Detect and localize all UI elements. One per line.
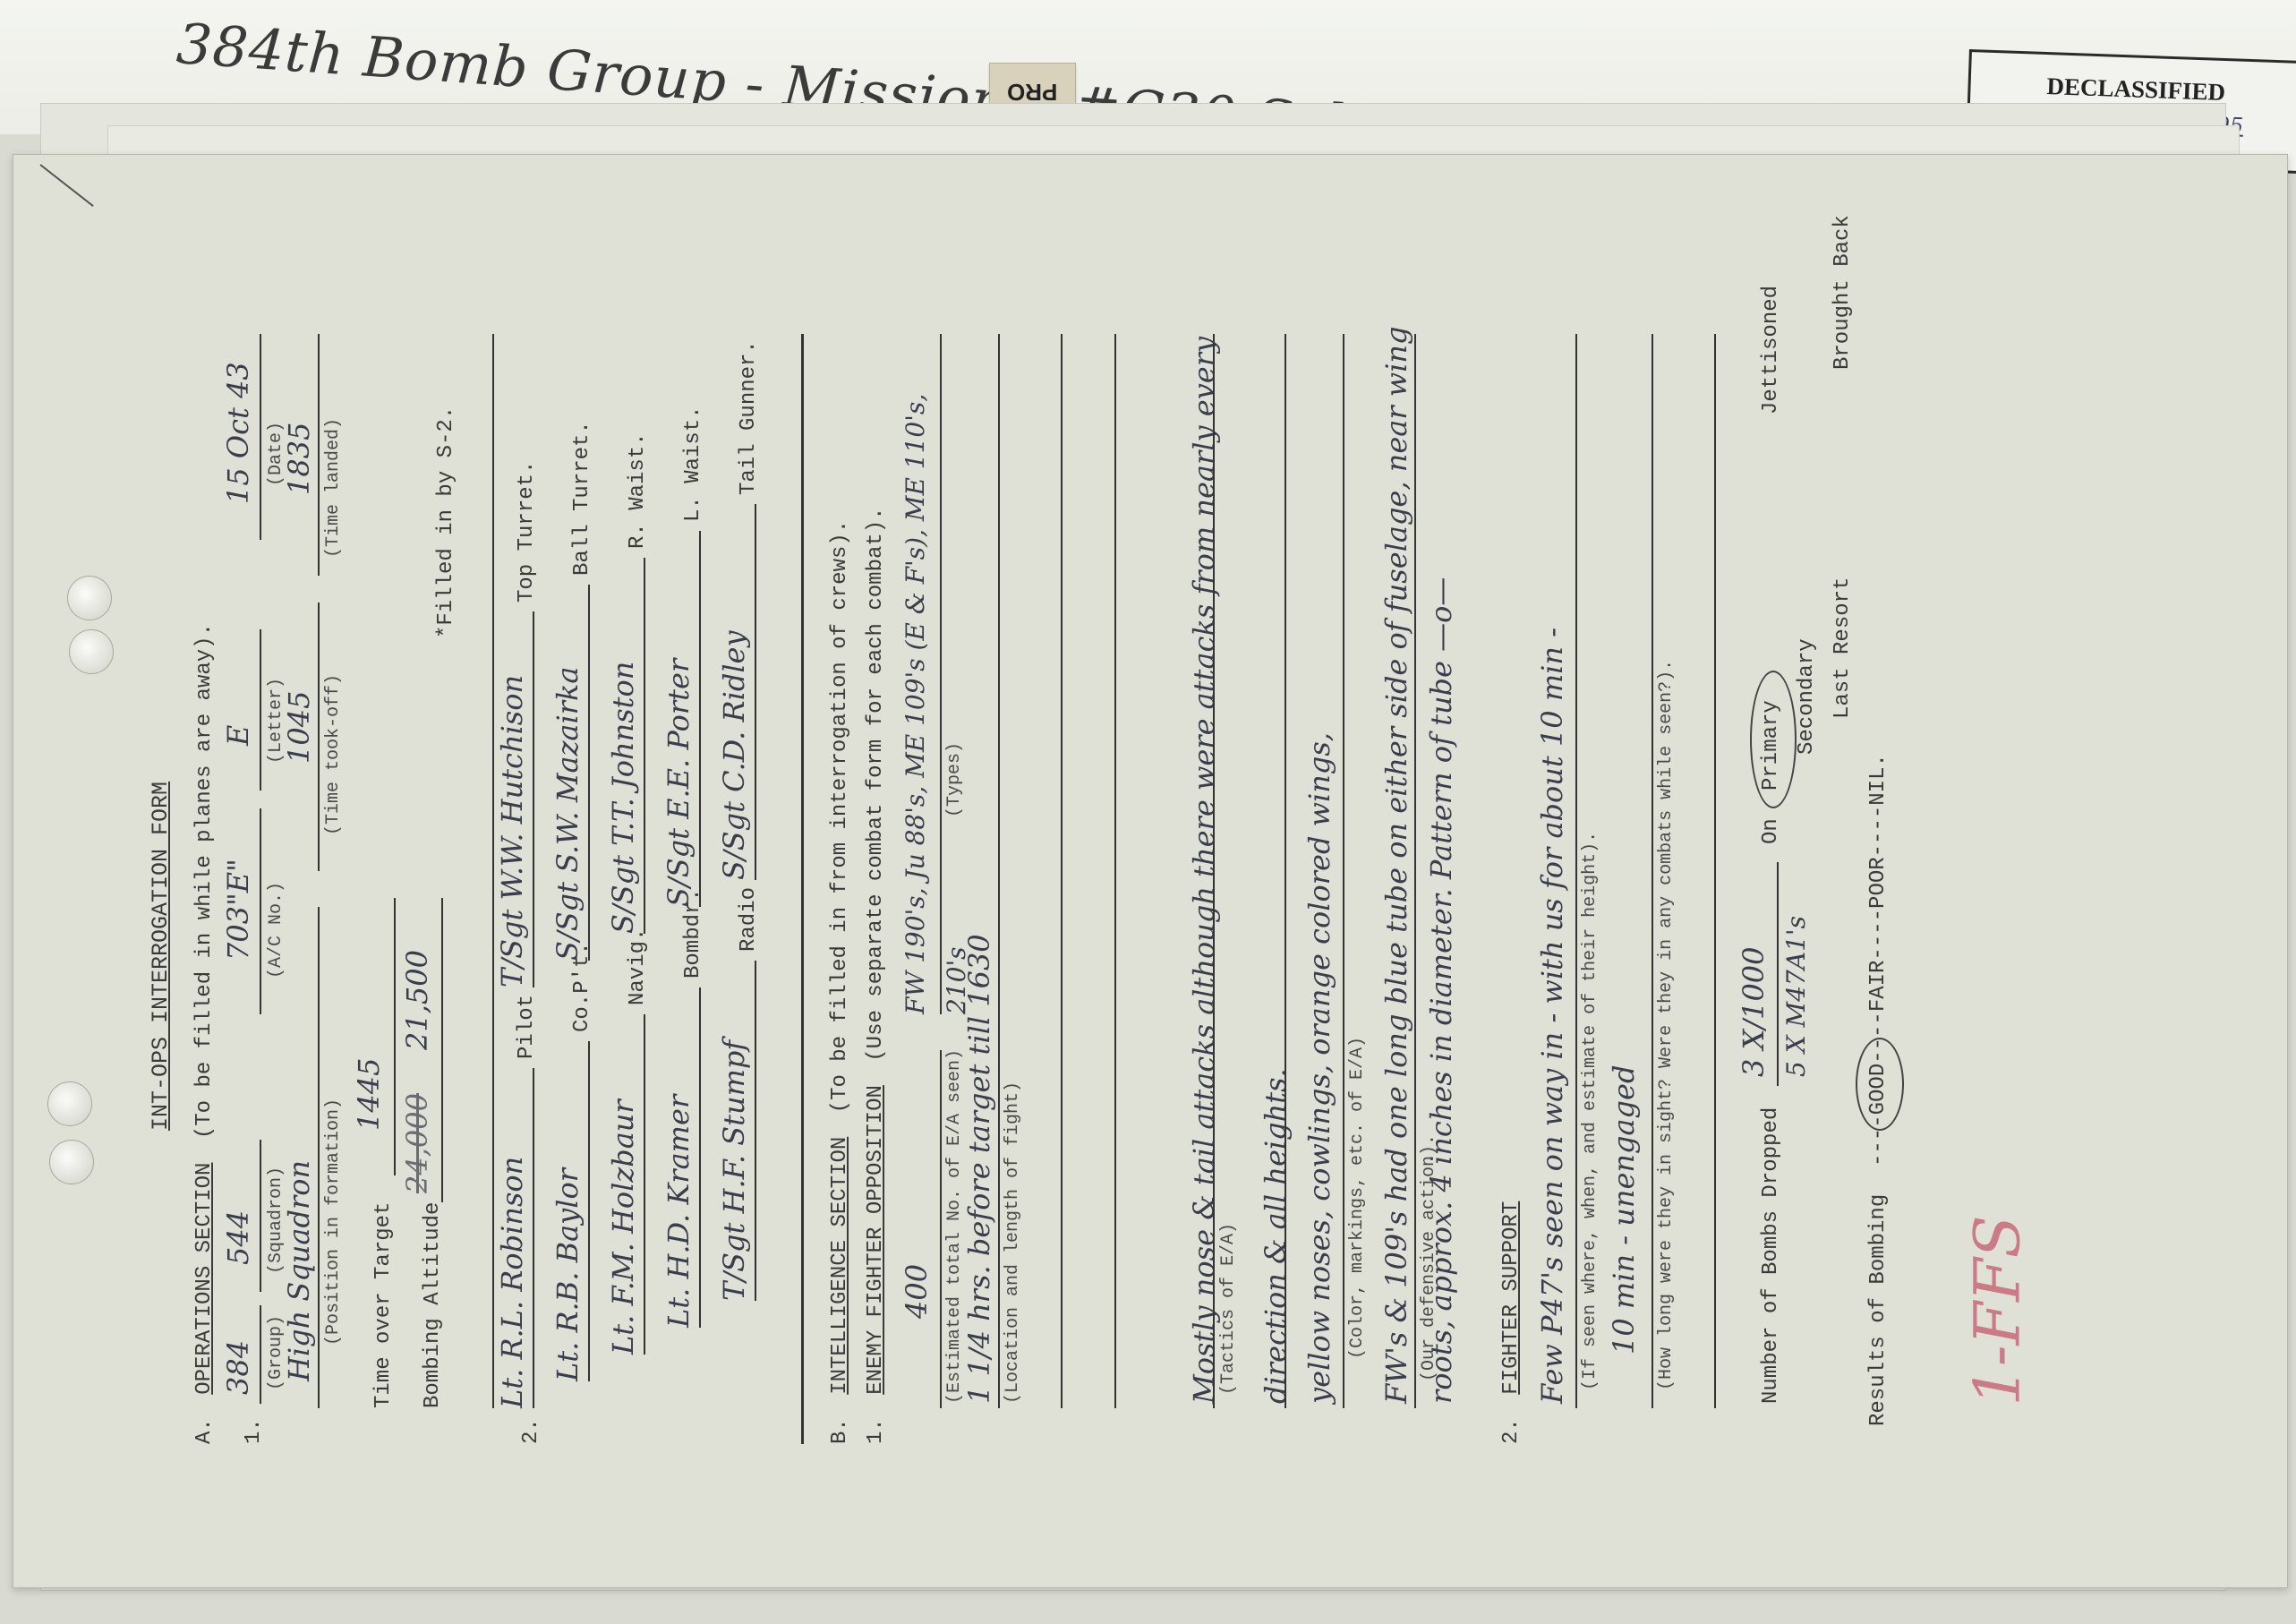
- crew-name: S/Sgt E.E. Porter: [661, 659, 696, 907]
- bomb-option-secondary: Secondary: [1795, 638, 1819, 755]
- result-option-good: ----GOOD: [1866, 1064, 1891, 1167]
- interrogation-form-sheet: 1-FFS INT-OPS INTERROGATION FORM A. OPER…: [13, 154, 2288, 1588]
- crew-name: T/Sgt W.W. Hutchison: [495, 675, 529, 987]
- item-1-number: 1.: [242, 1418, 266, 1444]
- crew-name: Lt. R.L. Robinson: [495, 1157, 529, 1408]
- section-a-heading: OPERATIONS SECTION: [192, 1163, 217, 1395]
- form-content: INT-OPS INTERROGATION FORM A. OPERATIONS…: [13, 155, 2287, 1551]
- tactics-value: Mostly nose & tail attacks although ther…: [1168, 329, 1311, 1404]
- result-option-poor: ----POOR: [1866, 857, 1891, 960]
- ea-types-value: FW 190's, Ju 88's, ME 109's (E & F's), M…: [895, 334, 977, 1014]
- fighter-support-value: Few P47's seen on way in - with us for a…: [1535, 628, 1569, 1404]
- letter-value: E: [221, 725, 255, 746]
- time-landed-caption: (Time landed): [323, 418, 344, 558]
- bombing-altitude-value: 21,500: [400, 950, 434, 1050]
- enemy-fighter-note: (Use separate combat form for each comba…: [864, 507, 888, 1061]
- time-in-sight-value: 10 min - unengaged: [1607, 1065, 1641, 1355]
- time-over-target-label: Time over Target: [371, 1202, 396, 1408]
- section-b-header: B. INTELLIGENCE SECTION (To be filled in…: [828, 520, 852, 1444]
- time-landed-value: 1835: [282, 423, 316, 495]
- color-markings-value: yellow noses, cowlings, orange colored w…: [1302, 732, 1336, 1404]
- crew-name: S/Sgt C.D. Ridley: [717, 630, 751, 880]
- crew-position-label: R. Waist.: [626, 432, 650, 549]
- ac-number-caption: (A/C No.): [266, 882, 286, 979]
- ea-total-value: 400: [900, 1264, 934, 1319]
- results-of-bombing-options: ----GOOD----FAIR----POOR----NIL.: [1866, 754, 1891, 1167]
- group-value: 384: [221, 1340, 255, 1395]
- bombs-dropped-label: Number of Bombs Dropped: [1759, 1107, 1783, 1404]
- item-2-number: 2.: [519, 1418, 543, 1444]
- crew-name: S/Sgt S.W. Mazairka: [551, 666, 585, 961]
- filled-by-s2-note: *Filled in by S-2.: [434, 406, 458, 638]
- defensive-action-caption: (Our defensive action).: [1419, 1134, 1439, 1381]
- position-caption: (Position in formation): [323, 1098, 344, 1346]
- bombing-altitude-label: Bombing Altitude: [421, 1202, 445, 1408]
- fighter-support-header: 2. FIGHTER SUPPORT: [1499, 1201, 1524, 1444]
- selected-circle-mark: [1750, 671, 1797, 808]
- crew-position-label: Tail Gunner.: [737, 340, 761, 495]
- crew-name: S/Sgt T.T. Johnston: [606, 662, 640, 934]
- fight-location-caption: (Location and length of fight): [1003, 1081, 1023, 1404]
- bomb-option-brought-back: Brought Back: [1831, 215, 1855, 370]
- pro-tab-label: PRO: [1007, 78, 1057, 106]
- crew-position-label: Navig.: [626, 928, 650, 1005]
- tactics-caption: (Tactics of E/A): [1218, 1223, 1239, 1395]
- fighter-support-caption: (If seen where, when, and estimate of th…: [1580, 832, 1600, 1390]
- enemy-fighter-heading: ENEMY FIGHTER OPPOSITION: [864, 1085, 888, 1395]
- bomb-option-jettisoned: Jettisoned: [1759, 286, 1783, 415]
- bombs-on-label: On: [1759, 818, 1783, 844]
- squadron-value: 544: [221, 1210, 255, 1265]
- date-value: 15 Oct 43: [221, 362, 255, 504]
- result-option-nil: ----NIL.: [1866, 754, 1891, 857]
- time-in-sight-caption: (How long were they in sight? Were they …: [1656, 660, 1677, 1390]
- crew-position-label: Top Turret.: [515, 461, 539, 603]
- crew-position-label: Pilot: [515, 995, 539, 1059]
- ea-types-caption: (Types): [944, 742, 965, 817]
- crew-name: Lt. R.B. Baylor: [551, 1168, 585, 1381]
- section-a-letter: A.: [192, 1418, 217, 1444]
- bomb-option-last-resort: Last Resort: [1831, 577, 1855, 719]
- bombs-dropped-top: 3 X/1000: [1737, 946, 1771, 1077]
- time-took-off-value: 1045: [282, 691, 316, 764]
- section-b-heading: INTELLIGENCE SECTION: [828, 1137, 852, 1395]
- crew-position-label: L. Waist.: [681, 406, 705, 522]
- crew-position-label: Radio: [737, 887, 761, 952]
- color-markings-caption: (Color, markings, etc. of E/A): [1347, 1037, 1368, 1359]
- section-b-item1-number: 1.: [864, 1418, 888, 1444]
- position-value: High Squadron: [282, 1160, 316, 1381]
- fight-location-value: 1 1/4 hrs. before target till 1630: [962, 934, 996, 1404]
- results-of-bombing-label: Results of Bombing: [1866, 1194, 1891, 1426]
- crew-position-label: Ball Turret.: [570, 421, 594, 576]
- bombs-dropped-bottom: 5 X M47A1's: [1781, 916, 1811, 1077]
- section-b-letter: B.: [828, 1418, 852, 1444]
- ac-number-value: 703"E": [221, 859, 255, 961]
- time-took-off-caption: (Time took-off): [323, 674, 344, 835]
- stamp-title: DECLASSIFIED: [2046, 73, 2226, 107]
- enemy-fighter-header: 1. ENEMY FIGHTER OPPOSITION (Use separat…: [864, 507, 888, 1444]
- fighter-support-heading: FIGHTER SUPPORT: [1499, 1201, 1524, 1395]
- section-b-item2-number: 2.: [1499, 1418, 1524, 1444]
- result-option-fair: ----FAIR: [1866, 961, 1891, 1064]
- crew-name: Lt. F.M. Holzbaur: [606, 1099, 640, 1355]
- bombing-altitude-struck: 24,000: [400, 1093, 434, 1193]
- section-a-note: (To be filled in while planes are away).: [192, 623, 217, 1139]
- time-over-target-value: 1445: [352, 1058, 386, 1131]
- section-b-note: (To be filled in from interrogation of c…: [828, 520, 852, 1114]
- section-a-header: A. OPERATIONS SECTION (To be filled in w…: [192, 623, 217, 1444]
- form-rotated-container: INT-OPS INTERROGATION FORM A. OPERATIONS…: [13, 155, 2287, 1551]
- crew-name: Lt. H.D. Kramer: [661, 1095, 696, 1328]
- crew-name: T/Sgt H.F. Stumpf: [717, 1040, 751, 1301]
- form-title: INT-OPS INTERROGATION FORM: [148, 782, 174, 1131]
